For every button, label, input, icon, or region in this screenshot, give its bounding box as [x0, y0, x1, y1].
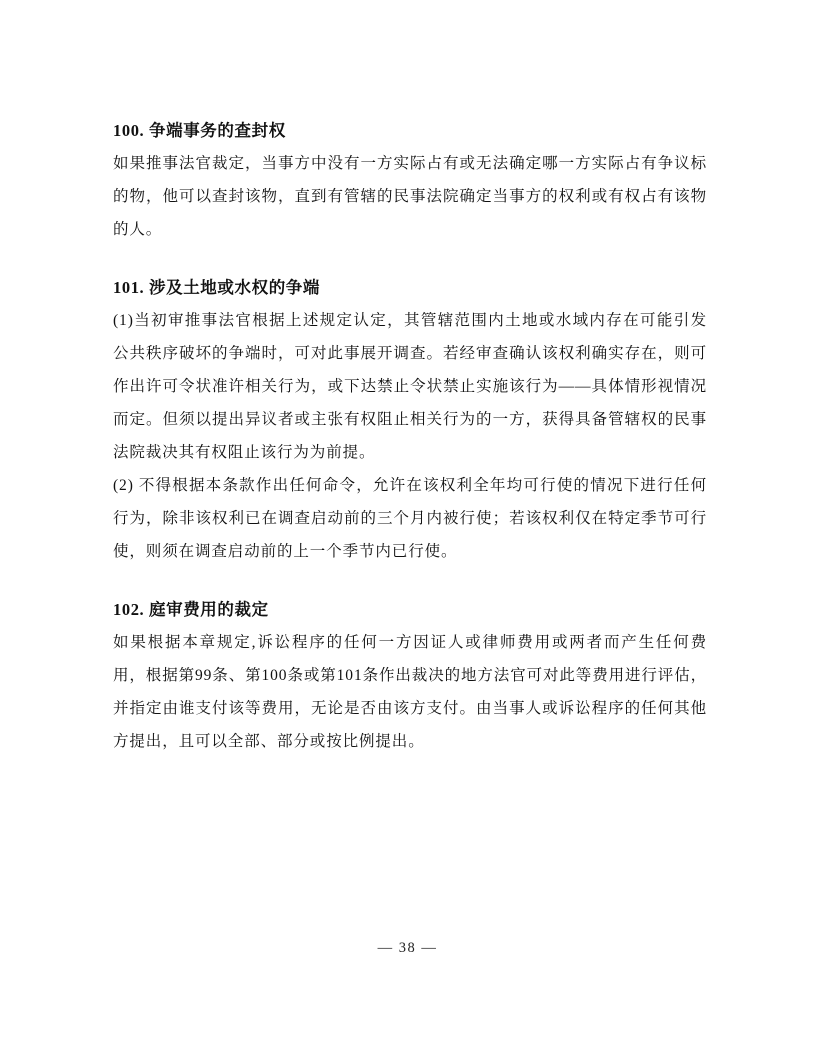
section-2: 102. 庭审费用的裁定如果根据本章规定,诉讼程序的任何一方因证人或律师费用或两… — [113, 593, 707, 758]
paragraph: (1)当初审推事法官根据上述规定认定，其管辖范围内土地或水域内存在可能引发公共秩… — [113, 304, 707, 469]
paragraph: 如果推事法官裁定，当事方中没有一方实际占有或无法确定哪一方实际占有争议标的物，他… — [113, 147, 707, 246]
section-heading: 102. 庭审费用的裁定 — [113, 593, 707, 626]
section-heading: 101. 涉及土地或水权的争端 — [113, 271, 707, 304]
paragraph: (2) 不得根据本条款作出任何命令，允许在该权利全年均可行使的情况下进行任何行为… — [113, 469, 707, 568]
paragraph: 如果根据本章规定,诉讼程序的任何一方因证人或律师费用或两者而产生任何费用，根据第… — [113, 626, 707, 758]
section-1: 101. 涉及土地或水权的争端(1)当初审推事法官根据上述规定认定，其管辖范围内… — [113, 271, 707, 568]
section-heading: 100. 争端事务的查封权 — [113, 114, 707, 147]
document-content: 100. 争端事务的查封权如果推事法官裁定，当事方中没有一方实际占有或无法确定哪… — [113, 114, 707, 758]
document-page: 100. 争端事务的查封权如果推事法官裁定，当事方中没有一方实际占有或无法确定哪… — [0, 0, 815, 1055]
page-number: — 38 — — [0, 940, 815, 957]
section-0: 100. 争端事务的查封权如果推事法官裁定，当事方中没有一方实际占有或无法确定哪… — [113, 114, 707, 246]
